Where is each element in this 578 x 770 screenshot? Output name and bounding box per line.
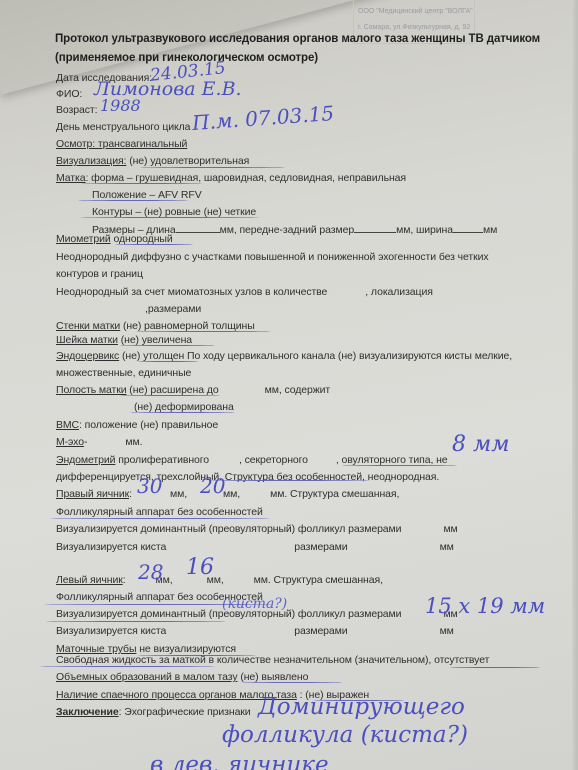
endocervix-value-cont: множественные, единичные — [56, 367, 191, 379]
pen-underline — [210, 480, 370, 481]
right-ovary-unit-1: мм, — [170, 488, 187, 500]
pen-underline — [242, 682, 342, 683]
endocervix-row: Эндоцервикс (не) утолщен По ходу цервика… — [56, 350, 512, 362]
left-ovary-structure: мм. Структура смешанная, — [254, 574, 383, 586]
exam-method: Осмотр: трансвагинальный — [56, 138, 187, 150]
uterus-ap-field[interactable] — [354, 223, 396, 233]
left-ovary-row: Левый яичник:мм,мм,мм. Структура смешанн… — [56, 574, 383, 586]
right-ovary-dominant-label: Визуализируется доминантный (преовулятор… — [56, 523, 401, 535]
right-ovary-follicular: Фолликулярный аппарат без особенностей — [56, 506, 263, 518]
m-echo-dash: - — [84, 436, 87, 448]
right-ovary-dominant-unit: мм — [443, 523, 457, 535]
left-ovary-label: Левый яичник — [56, 574, 123, 586]
left-ovary-dominant-overwrite: (киста?) — [222, 596, 287, 612]
visualization-row: Визуализация: (не) удовлетворительная — [56, 155, 249, 167]
myometrium-label: Миометрий — [56, 233, 111, 245]
nodes-localization-label: , локализация — [365, 286, 433, 298]
iud-value: : положение (не) правильное — [79, 419, 218, 431]
pen-underline — [115, 244, 193, 245]
pen-underline — [46, 621, 226, 622]
left-ovary-dominant-size: 15 x 19 мм — [425, 594, 545, 618]
visualization-value: (не) удовлетворительная — [129, 155, 249, 167]
pen-underline — [120, 395, 220, 396]
uterine-cavity-unit: мм, содержит — [265, 384, 331, 396]
right-ovary-unit-2: мм, — [223, 488, 240, 500]
left-ovary-cyst-label: Визуализируется киста — [56, 625, 166, 637]
pen-underline — [140, 167, 285, 168]
patient-name-label: ФИО: — [56, 88, 82, 100]
right-ovary-dominant-row: Визуализируется доминантный (преовулятор… — [56, 523, 458, 535]
pen-underline — [130, 412, 235, 413]
right-ovary-cyst-label: Визуализируется киста — [56, 541, 166, 553]
cycle-day-label: День менструального цикла — [56, 121, 190, 133]
cycle-day-value: П.м. 07.03.15 — [191, 101, 334, 135]
endometrium-label: Эндометрий — [56, 454, 115, 466]
conclusion-label: Заключение — [56, 706, 119, 718]
uterus-length-field[interactable] — [176, 223, 220, 233]
uterus-size-ap-label: мм, передне-задний размер — [220, 224, 355, 236]
pen-underline — [120, 345, 215, 346]
m-echo-label: М-эхо — [56, 436, 84, 448]
left-ovary-size-2: 16 — [186, 555, 214, 580]
pelvic-masses-label: Объемных образований в малом тазу — [56, 671, 238, 683]
m-echo-row: М-эхо-мм. — [56, 436, 142, 448]
visualization-label: Визуализация: — [56, 155, 126, 167]
form-title: Протокол ультразвукового исследования ор… — [55, 33, 540, 45]
conclusion-handwritten-line-3: в лев. яичнике — [150, 752, 329, 770]
nodes-size-label: ,размерами — [145, 303, 201, 315]
iud-label: ВМС — [56, 419, 79, 431]
patient-age-label: Возраст: — [56, 104, 97, 116]
right-ovary-row: Правый яичник:мм,мм,мм. Структура смешан… — [56, 488, 399, 500]
pen-underline — [80, 217, 260, 218]
endometrium-secretory: , секреторного — [239, 454, 308, 466]
pen-underline — [40, 666, 215, 667]
conclusion-row: Заключение: Эхографические признаки — [56, 706, 251, 718]
right-ovary-structure: мм. Структура смешанная, — [270, 488, 399, 500]
endometrium-proliferative: пролиферативного — [115, 454, 209, 466]
left-ovary-cyst-size-label: размерами — [294, 625, 347, 637]
uterus-size-unit: мм — [483, 224, 497, 236]
right-ovary-size-2: 20 — [200, 474, 225, 498]
right-ovary-size-1: 30 — [137, 474, 162, 498]
right-ovary-cyst-unit: мм — [440, 541, 454, 553]
conclusion-value: : Эхографические признаки — [119, 706, 251, 718]
uterus-width-field[interactable] — [453, 223, 483, 233]
pen-underline — [342, 465, 457, 466]
m-echo-unit: мм. — [125, 436, 142, 448]
right-ovary-cyst-size-label: размерами — [294, 541, 347, 553]
pen-underline — [450, 667, 540, 668]
pen-underline — [136, 331, 271, 332]
right-ovary-label: Правый яичник — [56, 488, 129, 500]
myometrium-option-nodes: Неоднородный за счет миоматозных узлов в… — [56, 286, 433, 298]
myometrium-option-diffuse-cont: контуров и границ — [56, 268, 143, 280]
ultrasound-protocol-form: Протокол ультразвукового исследования ор… — [0, 0, 578, 770]
free-fluid-row: Свободная жидкость за маткой в количеств… — [56, 654, 489, 666]
left-ovary-cyst-row: Визуализируется кистаразмерамимм — [56, 625, 454, 637]
conclusion-handwritten-line-2: фолликула (киста?) — [222, 722, 468, 748]
endocervix-label: Эндоцервикс — [56, 350, 119, 362]
right-ovary-cyst-row: Визуализируется кистаразмерамимм — [56, 541, 454, 553]
pen-underline — [50, 518, 270, 519]
myometrium-option-diffuse: Неоднородный диффузно с участками повыше… — [56, 251, 489, 263]
endometrium-thickness-value: 8 мм — [452, 432, 509, 457]
patient-age-value: 1988 — [100, 96, 141, 115]
left-ovary-cyst-unit: мм — [440, 625, 454, 637]
pen-underline — [78, 200, 188, 201]
pen-underline — [82, 183, 202, 184]
left-ovary-size-1: 28 — [138, 560, 163, 584]
nodes-count-label: Неоднородный за счет миоматозных узлов в… — [56, 286, 327, 298]
cervix-label: Шейка матки — [56, 334, 118, 346]
uterine-walls-label: Стенки матки — [56, 320, 120, 332]
uterine-cavity-label: Полость матки — [56, 384, 126, 396]
conclusion-handwritten-line-1: Доминирующего — [258, 694, 465, 720]
pen-underline — [138, 361, 198, 362]
iud-row: ВМС: положение (не) правильное — [56, 419, 218, 431]
uterus-size-width-label: мм, ширина — [396, 224, 453, 236]
endometrium-structure: дифференцируется, трехслойный. Структура… — [56, 471, 439, 483]
uterus-label: Матка — [56, 172, 85, 184]
